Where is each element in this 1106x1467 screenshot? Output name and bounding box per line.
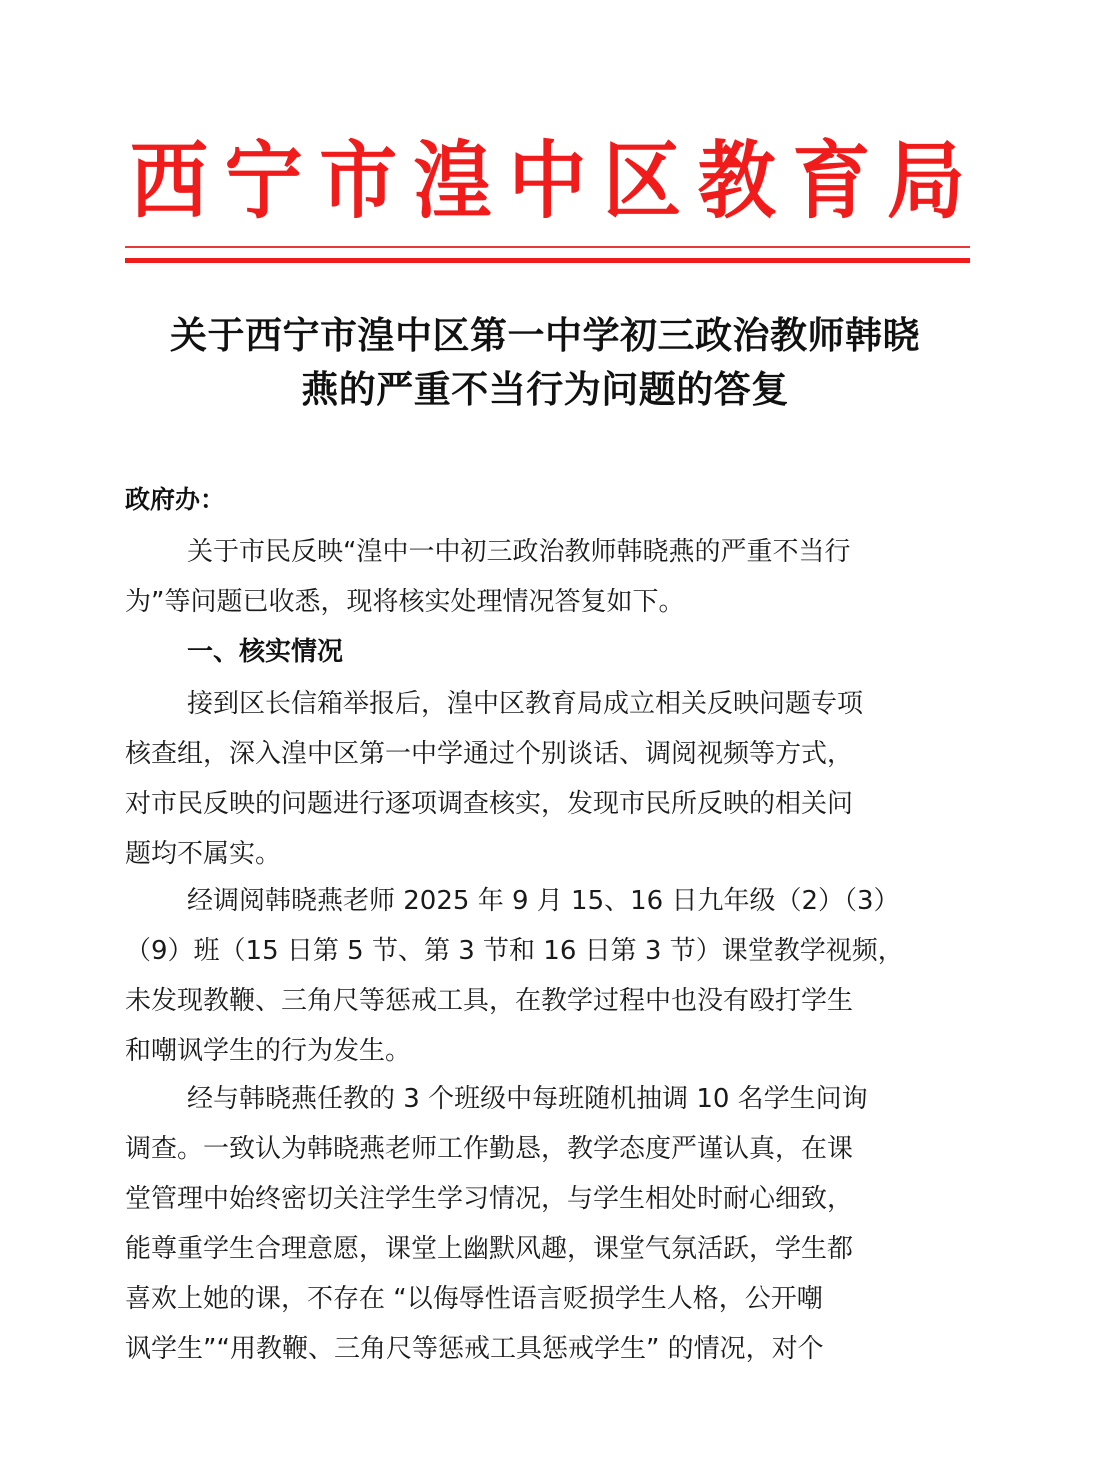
section-heading-verification: 一、核实情况: [187, 632, 343, 672]
paragraph-line: 核查组，深入湟中区第一中学通过个别谈话、调阅视频等方式，: [125, 729, 965, 779]
paragraph-line: 堂管理中始终密切关注学生学习情况，与学生相处时耐心细致，: [125, 1174, 965, 1224]
letterhead-char: 西: [125, 128, 213, 236]
paragraph-line: 喜欢上她的课，不存在 “以侮辱性语言贬损学生人格，公开嘲: [125, 1274, 965, 1324]
paragraph-line: 讽学生”“用教鞭、三角尺等惩戒工具惩戒学生” 的情况，对个: [125, 1324, 965, 1374]
paragraph-line: 和嘲讽学生的行为发生。: [125, 1026, 965, 1076]
paragraph-line: 经调阅韩晓燕老师 2025 年 9 月 15、16 日九年级（2）（3）: [125, 876, 965, 926]
paragraph-line: 能尊重学生合理意愿，课堂上幽默风趣，课堂气氛活跃，学生都: [125, 1224, 965, 1274]
paragraph-investigation: 接到区长信箱举报后，湟中区教育局成立相关反映问题专项 核查组，深入湟中区第一中学…: [125, 679, 965, 879]
document-page: 西 宁 市 湟 中 区 教 育 局 关于西宁市湟中区第一中学初三政治教师韩晓 燕…: [0, 0, 1106, 1467]
letterhead-char: 育: [787, 128, 875, 236]
paragraph-line: 接到区长信箱举报后，湟中区教育局成立相关反映问题专项: [125, 679, 965, 729]
letterhead-divider-thick: [125, 258, 970, 263]
paragraph-intro: 关于市民反映“湟中一中初三政治教师韩晓燕的严重不当行 为”等问题已收悉，现将核实…: [125, 527, 965, 627]
letterhead-org-name: 西 宁 市 湟 中 区 教 育 局: [125, 128, 970, 236]
letterhead-char: 区: [598, 128, 686, 236]
letterhead-divider-thin: [125, 246, 970, 248]
salutation-recipient: 政府办：: [125, 480, 225, 520]
letterhead-char: 市: [314, 128, 402, 236]
paragraph-line: 为”等问题已收悉，现将核实处理情况答复如下。: [125, 577, 965, 627]
paragraph-student-survey: 经与韩晓燕任教的 3 个班级中每班随机抽调 10 名学生问询 调查。一致认为韩晓…: [125, 1074, 965, 1374]
document-title: 关于西宁市湟中区第一中学初三政治教师韩晓 燕的严重不当行为问题的答复: [115, 308, 975, 416]
letterhead-char: 中: [504, 128, 592, 236]
paragraph-line: 经与韩晓燕任教的 3 个班级中每班随机抽调 10 名学生问询: [125, 1074, 965, 1124]
paragraph-line: 调查。一致认为韩晓燕老师工作勤恳，教学态度严谨认真，在课: [125, 1124, 965, 1174]
letterhead-char: 教: [693, 128, 781, 236]
letterhead-char: 宁: [220, 128, 308, 236]
letterhead-char: 湟: [409, 128, 497, 236]
letterhead-char: 局: [882, 128, 970, 236]
paragraph-line: 题均不属实。: [125, 829, 965, 879]
paragraph-line: 对市民反映的问题进行逐项调查核实，发现市民所反映的相关问: [125, 779, 965, 829]
paragraph-line: （9）班（15 日第 5 节、第 3 节和 16 日第 3 节）课堂教学视频，: [125, 926, 965, 976]
paragraph-line: 关于市民反映“湟中一中初三政治教师韩晓燕的严重不当行: [125, 527, 965, 577]
paragraph-line: 未发现教鞭、三角尺等惩戒工具，在教学过程中也没有殴打学生: [125, 976, 965, 1026]
paragraph-video-review: 经调阅韩晓燕老师 2025 年 9 月 15、16 日九年级（2）（3） （9）…: [125, 876, 965, 1076]
document-title-line: 燕的严重不当行为问题的答复: [115, 362, 975, 416]
document-title-line: 关于西宁市湟中区第一中学初三政治教师韩晓: [115, 308, 975, 362]
